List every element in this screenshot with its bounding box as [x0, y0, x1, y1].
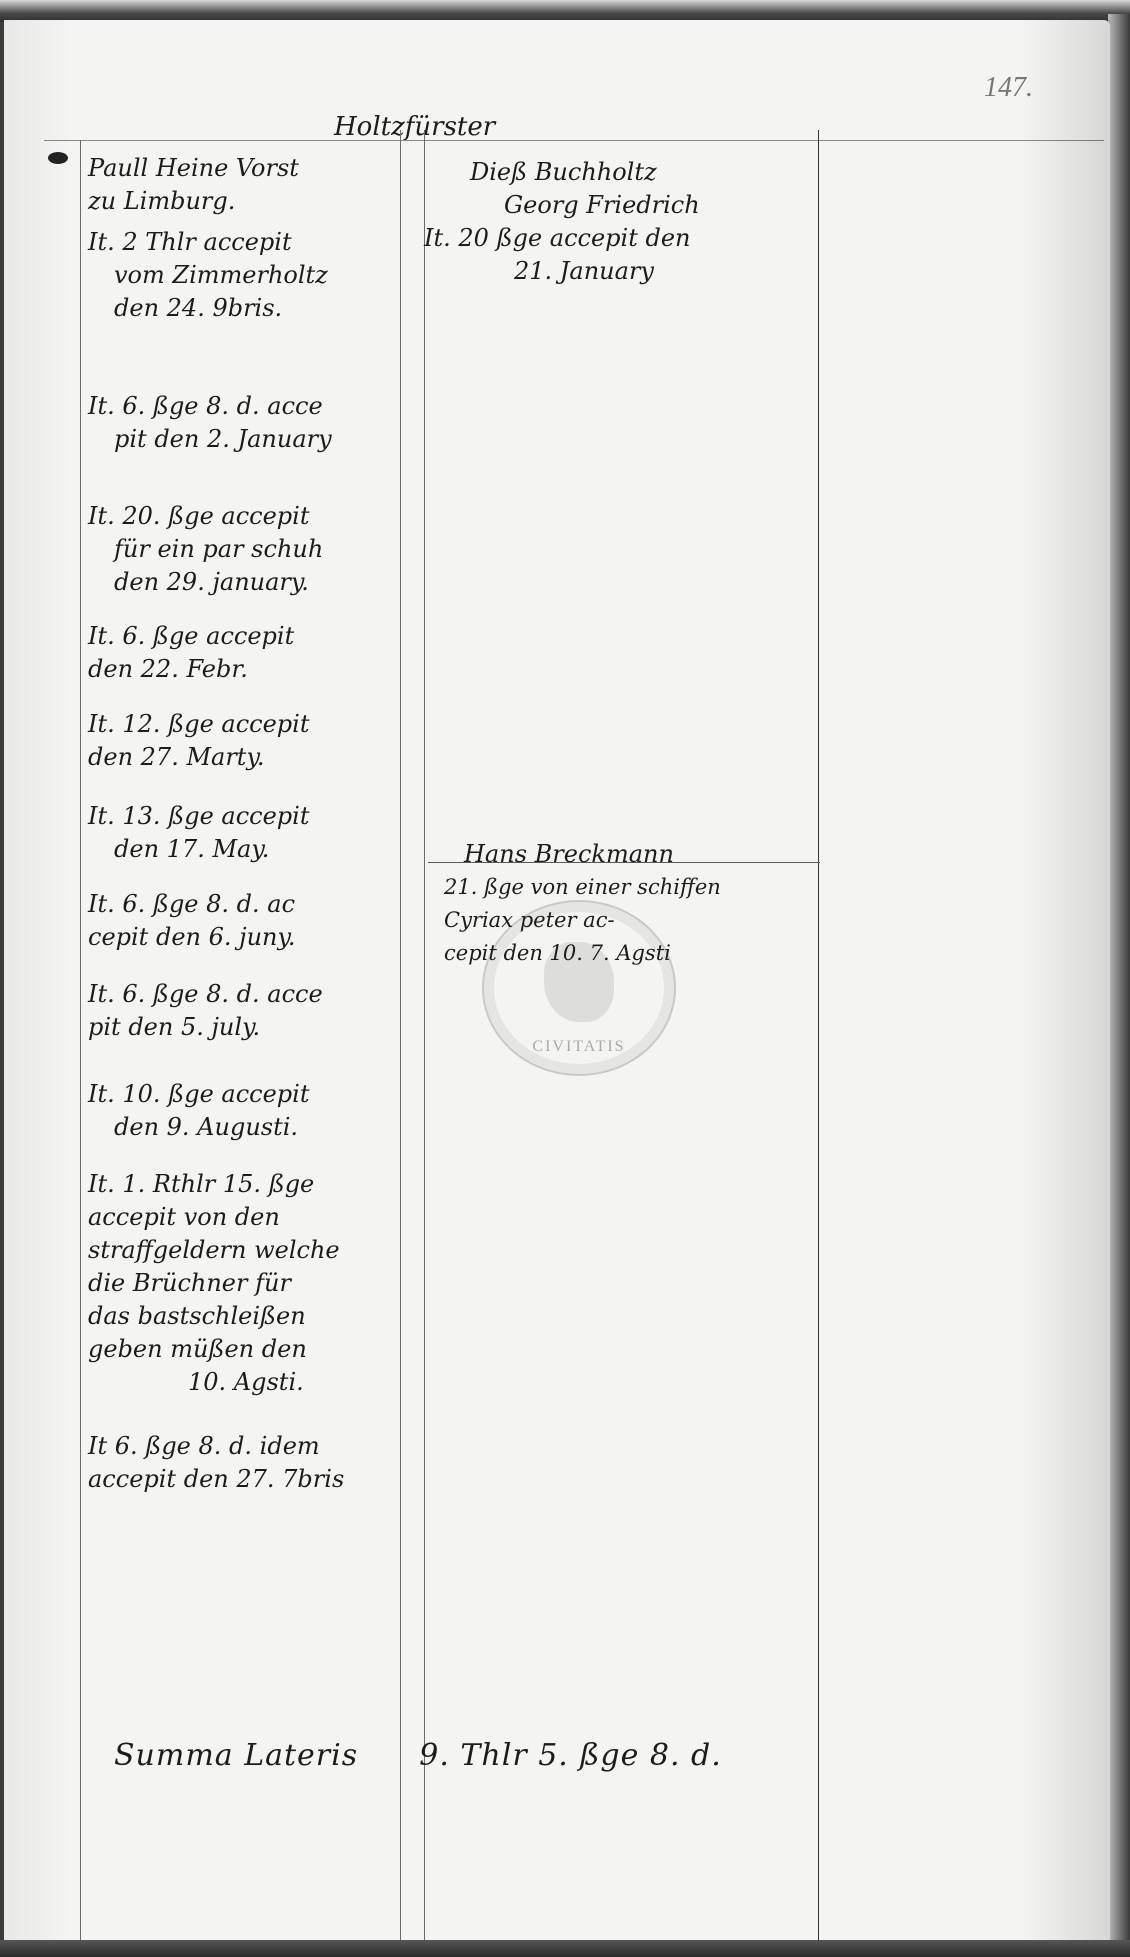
summary-label: Summa Lateris	[114, 1738, 358, 1773]
entry-line: It. 6. ßge 8. d. acce	[88, 390, 418, 423]
entry-line: It 6. ßge 8. d. idem	[88, 1430, 418, 1463]
ledger-entry: It. 6. ßge accepit den 22. Febr.	[88, 620, 418, 686]
column-divider-1b	[424, 130, 425, 1940]
entry-line: für ein par schuh	[88, 533, 418, 566]
entry-line: It. 10. ßge accepit	[88, 1078, 418, 1111]
ledger-entry: It 6. ßge 8. d. idem accepit den 27. 7br…	[88, 1430, 418, 1496]
column-divider-2	[818, 130, 819, 1940]
left-column: Paull Heine Vorst zu Limburg.	[88, 152, 418, 218]
ledger-entry: It. 12. ßge accepit den 27. Marty.	[88, 708, 418, 774]
entry-line: den 29. january.	[88, 566, 418, 599]
entry-line: It. 1. Rthlr 15. ßge	[88, 1168, 418, 1201]
entry-line: Cyriax peter ac-	[444, 904, 814, 937]
ledger-entry: It. 6. ßge 8. d. acce pit den 2. January	[88, 390, 418, 456]
page-number: 147.	[984, 72, 1033, 104]
book-bottom-edge	[0, 1940, 1130, 1957]
entry-line: It. 20. ßge accepit	[88, 500, 418, 533]
account-holder-name: Dieß Buchholtz	[444, 156, 814, 189]
middle-column-section-2: Hans Breckmann 21. ßge von einer schiffe…	[444, 838, 814, 970]
ledger-entry: It. 10. ßge accepit den 9. Augusti.	[88, 1078, 418, 1144]
book-top-edge	[0, 0, 1130, 22]
ledger-entry: It. 6. ßge 8. d. acce pit den 5. july.	[88, 978, 418, 1044]
ledger-entry: It. 1. Rthlr 15. ßge accepit von den str…	[88, 1168, 418, 1399]
entry-line: 10. Agsti.	[88, 1366, 418, 1399]
ledger-entry: It. 20. ßge accepit für ein par schuh de…	[88, 500, 418, 599]
book-right-edge	[1108, 14, 1130, 1944]
entry-line: straffgeldern welche	[88, 1234, 418, 1267]
ink-blot	[48, 152, 68, 164]
entry-line: das bastschleißen	[88, 1300, 418, 1333]
entry-line: den 24. 9bris.	[88, 292, 418, 325]
entry-line: cepit den 6. juny.	[88, 921, 418, 954]
account-holder-name: Hans Breckmann	[444, 838, 814, 871]
entry-line: die Brüchner für	[88, 1267, 418, 1300]
entry-line: It. 2 Thlr accepit	[88, 226, 418, 259]
entry-line: It. 13. ßge accepit	[88, 800, 418, 833]
entry-line: pit den 5. july.	[88, 1011, 418, 1044]
entry-line: den 9. Augusti.	[88, 1111, 418, 1144]
ledger-entry: It. 2 Thlr accepit vom Zimmerholtz den 2…	[88, 226, 418, 325]
entry-line: 21. January	[444, 255, 814, 288]
summary-line: Summa Lateris 9. Thlr 5. ßge 8. d.	[114, 1738, 722, 1773]
middle-column: Dieß Buchholtz Georg Friedrich It. 20 ßg…	[444, 156, 814, 288]
stamp-text: CIVITATIS	[484, 1038, 674, 1056]
page-heading: Holtzfürster	[334, 112, 495, 142]
entry-line: It. 6. ßge 8. d. acce	[88, 978, 418, 1011]
ledger-page: 147. Holtzfürster Paull Heine Vorst zu L…	[4, 20, 1110, 1940]
entry-line: vom Zimmerholtz	[88, 259, 418, 292]
summary-value: 9. Thlr 5. ßge 8. d.	[419, 1738, 722, 1773]
ledger-entry: It. 6. ßge 8. d. ac cepit den 6. juny.	[88, 888, 418, 954]
entry-line: 21. ßge von einer schiffen	[444, 871, 814, 904]
header-rule	[44, 140, 1104, 141]
account-holder-name-2: Georg Friedrich	[444, 189, 814, 222]
entry-line: accepit von den	[88, 1201, 418, 1234]
entry-line: It. 6. ßge 8. d. ac	[88, 888, 418, 921]
entry-line: It. 20 ßge accepit den	[424, 222, 814, 255]
entry-line: den 17. May.	[88, 833, 418, 866]
left-margin-line	[80, 140, 81, 1940]
entry-line: It. 6. ßge accepit	[88, 620, 418, 653]
entry-line: It. 12. ßge accepit	[88, 708, 418, 741]
entry-line: den 27. Marty.	[88, 741, 418, 774]
account-holder-place: zu Limburg.	[88, 185, 418, 218]
entry-line: cepit den 10. 7. Agsti	[444, 937, 814, 970]
entry-line: geben müßen den	[88, 1333, 418, 1366]
account-holder-name: Paull Heine Vorst	[88, 152, 418, 185]
entry-line: den 22. Febr.	[88, 653, 418, 686]
entry-line: accepit den 27. 7bris	[88, 1463, 418, 1496]
ledger-entry: It. 13. ßge accepit den 17. May.	[88, 800, 418, 866]
entry-line: pit den 2. January	[88, 423, 418, 456]
